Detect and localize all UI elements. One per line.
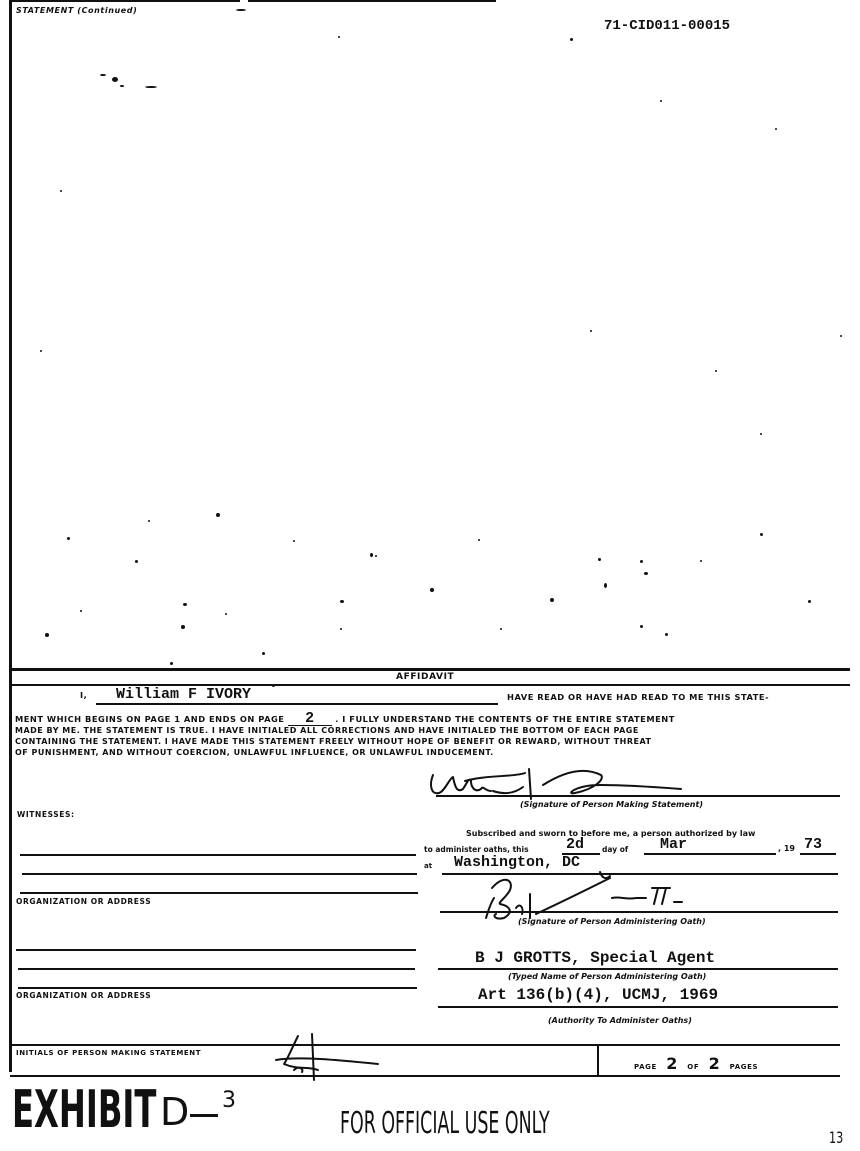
form-top-border-right [248, 0, 496, 2]
exhibit-dash [190, 1114, 218, 1117]
affidavit-title: AFFIDAVIT [396, 672, 454, 682]
declarant-signature-rule [436, 795, 840, 797]
at-label: at [424, 862, 432, 870]
org-address-line-1 [16, 949, 416, 951]
footer-top-rule [10, 1044, 840, 1046]
page-box-divider [597, 1045, 599, 1075]
page-count: PAGE 2 OF 2 PAGES [634, 1058, 758, 1073]
affidavit-line-3: MADE BY ME. THE STATEMENT IS TRUE. I HAV… [15, 725, 639, 736]
oath-month-rule [644, 853, 776, 855]
affidavit-line-5: OF PUNISHMENT, AND WITHOUT COERCION, UNL… [15, 747, 494, 758]
typed-name-rule [438, 968, 838, 970]
org-address-line-3 [18, 987, 417, 989]
authority-rule [438, 1006, 838, 1008]
authority-caption: (Authority To Administer Oaths) [548, 1016, 692, 1025]
declarant-signature-caption: (Signature of Person Making Statement) [520, 800, 703, 809]
page-total: 2 [709, 1054, 721, 1073]
sworn-prefix: to administer oaths, this [424, 845, 529, 854]
intro-prefix: I, [80, 690, 87, 700]
line2-suffix: . I FULLY UNDERSTAND THE CONTENTS OF THE… [335, 714, 675, 724]
org-address-label-1: ORGANIZATION OR ADDRESS [16, 897, 151, 906]
affidavit-line-1: HAVE READ OR HAVE HAD READ TO ME THIS ST… [507, 692, 769, 703]
line2-prefix: MENT WHICH BEGINS ON PAGE 1 AND ENDS ON … [15, 714, 284, 724]
affidavit-intro: I, [80, 690, 87, 701]
affidavit-top-rule [10, 668, 850, 671]
witness-line-2 [22, 873, 417, 875]
pages-label: PAGES [730, 1063, 758, 1071]
declarant-name-rule [96, 703, 498, 705]
exhibit-label: EXHIBIT [12, 1080, 156, 1140]
corner-mark: 13 [829, 1128, 843, 1147]
section-label: STATEMENT (Continued) [16, 6, 137, 15]
admin-signature-caption: (Signature of Person Administering Oath) [518, 917, 706, 926]
footer-bottom-rule [10, 1075, 840, 1077]
affidavit-line-4: CONTAINING THE STATEMENT. I HAVE MADE TH… [15, 736, 651, 747]
page-number: 2 [666, 1054, 678, 1073]
exhibit-letter: D [160, 1090, 189, 1134]
witnesses-label: WITNESSES: [17, 810, 75, 819]
initials-label: INITIALS OF PERSON MAKING STATEMENT [16, 1049, 201, 1057]
typed-name-caption: (Typed Name of Person Administering Oath… [508, 972, 706, 981]
exhibit-id: D [160, 1090, 189, 1134]
form-top-border [10, 0, 240, 2]
year-prefix: , 19 [778, 844, 795, 853]
day-of-label: day of [602, 845, 628, 854]
oath-year: 73 [804, 836, 822, 853]
witness-line-1 [20, 854, 416, 856]
typed-name: B J GROTTS, Special Agent [475, 949, 715, 967]
oath-month: Mar [660, 836, 687, 853]
org-address-line-2 [18, 968, 415, 970]
sworn-line-2: to administer oaths, this [424, 845, 529, 854]
classification-marking: FOR OFFICIAL USE ONLY [340, 1106, 550, 1142]
exhibit-number: 3 [222, 1088, 236, 1113]
of-label: OF [687, 1063, 699, 1071]
declarant-signature [425, 765, 685, 805]
oath-authority: Art 136(b)(4), UCMJ, 1969 [478, 986, 718, 1004]
oath-day: 2d [566, 836, 584, 853]
form-left-border [9, 0, 12, 1072]
oath-year-rule [800, 853, 836, 855]
witness-line-3 [20, 892, 418, 894]
admin-signature-rule [440, 911, 838, 913]
org-address-label-2: ORGANIZATION OR ADDRESS [16, 991, 151, 1000]
initials-signature [268, 1030, 388, 1080]
page-label: PAGE [634, 1063, 657, 1071]
document-number: 71-CID011-00015 [604, 18, 730, 34]
sworn-text-line-1: Subscribed and sworn to before me, a per… [466, 829, 755, 838]
declarant-name: William F IVORY [116, 686, 251, 703]
